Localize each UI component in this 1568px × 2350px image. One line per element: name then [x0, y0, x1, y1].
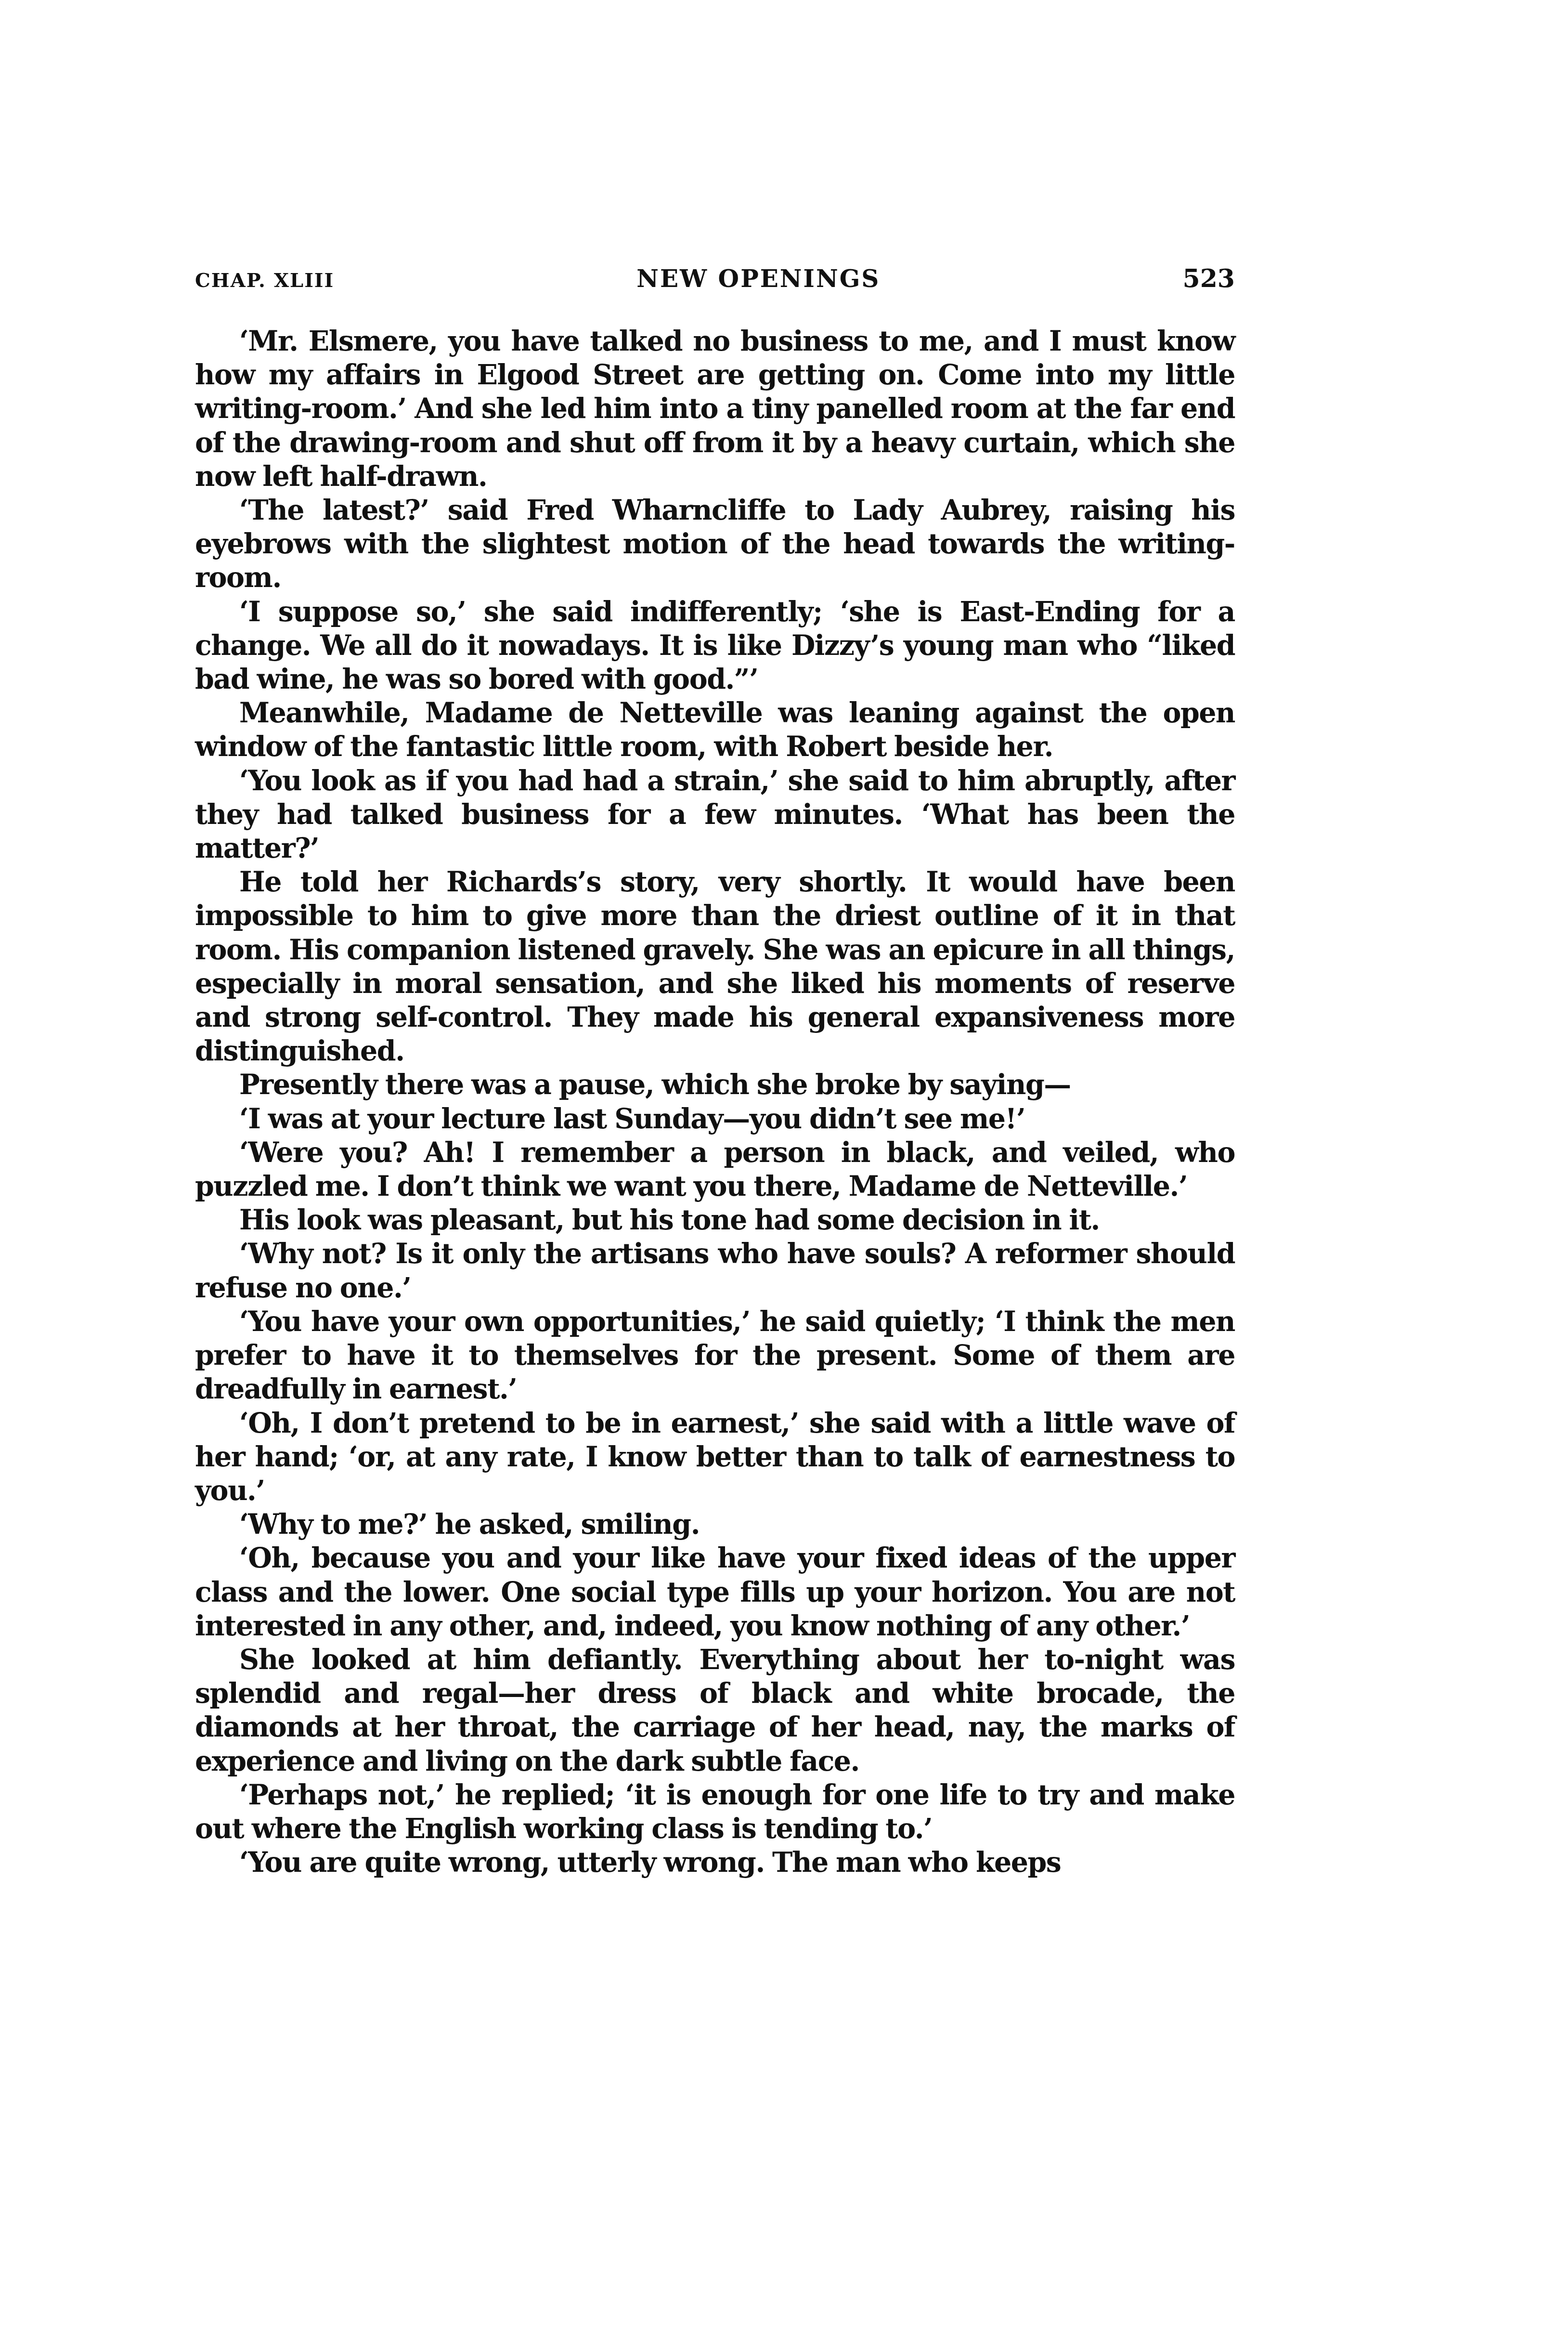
paragraph: ‘Oh, I don’t pretend to be in earnest,’ … [195, 1407, 1235, 1508]
page-number: 523 [1182, 264, 1235, 293]
running-head: CHAP. XLIII NEW OPENINGS 523 [195, 264, 1235, 298]
paragraph: ‘You are quite wrong, utterly wrong. The… [195, 1846, 1235, 1880]
paragraph: Presently there was a pause, which she b… [195, 1068, 1235, 1102]
paragraph: ‘I was at your lecture last Sunday—you d… [195, 1102, 1235, 1136]
paragraph: ‘You look as if you had had a strain,’ s… [195, 764, 1235, 866]
paragraph: ‘Were you? Ah! I remember a person in bl… [195, 1136, 1235, 1203]
paragraph: ‘Why not? Is it only the artisans who ha… [195, 1237, 1235, 1305]
paragraph: ‘Why to me?’ he asked, smiling. [195, 1508, 1235, 1541]
paragraph: ‘Oh, because you and your like have your… [195, 1541, 1235, 1643]
body-text: ‘Mr. Elsmere, you have talked no busines… [195, 325, 1235, 1880]
paragraph: ‘Perhaps not,’ he replied; ‘it is enough… [195, 1778, 1235, 1846]
paragraph: She looked at him defiantly. Everything … [195, 1643, 1235, 1778]
paragraph: ‘I suppose so,’ she said indifferently; … [195, 595, 1235, 697]
book-page: CHAP. XLIII NEW OPENINGS 523 ‘Mr. Elsmer… [195, 264, 1235, 1880]
chapter-label: CHAP. XLIII [195, 269, 334, 292]
paragraph: Meanwhile, Madame de Netteville was lean… [195, 696, 1235, 764]
paragraph: ‘The latest?’ said Fred Wharncliffe to L… [195, 494, 1235, 595]
running-title: NEW OPENINGS [636, 264, 880, 293]
paragraph: He told her Richards’s story, very short… [195, 865, 1235, 1068]
paragraph: ‘You have your own opportunities,’ he sa… [195, 1305, 1235, 1407]
paragraph: His look was pleasant, but his tone had … [195, 1203, 1235, 1237]
paragraph: ‘Mr. Elsmere, you have talked no busines… [195, 325, 1235, 494]
